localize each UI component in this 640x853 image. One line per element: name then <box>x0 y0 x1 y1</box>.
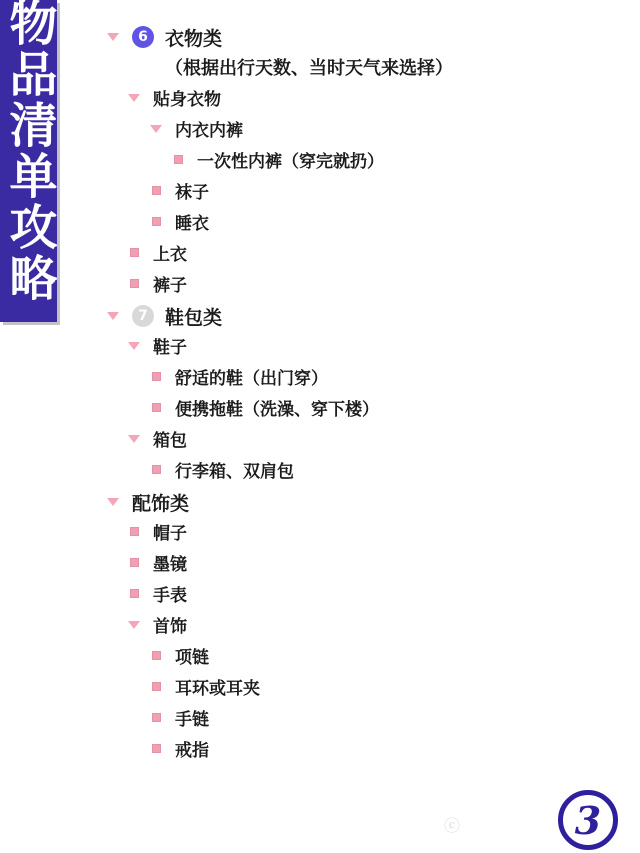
bullet-square-icon <box>150 372 162 381</box>
outline-item-label: 手链 <box>175 705 209 730</box>
square-glyph <box>152 713 161 722</box>
collapse-triangle-icon[interactable] <box>128 621 140 629</box>
outline-item-label: 袜子 <box>175 178 209 203</box>
watermark-icon: ⓒ <box>444 813 460 836</box>
bullet-square-icon <box>128 279 140 288</box>
outline-item-label: 衣物类 <box>165 24 222 51</box>
square-glyph <box>152 372 161 381</box>
bullet-square-icon <box>150 682 162 691</box>
outline-list: 6 衣物类 （根据出行天数、当时天气来选择） 贴身衣物 内衣内裤 一次性内裤（穿… <box>107 25 453 769</box>
square-glyph <box>152 217 161 226</box>
collapse-triangle-icon[interactable] <box>150 125 162 133</box>
bullet-square-icon <box>172 155 184 164</box>
page-number-badge: 3 <box>558 790 618 850</box>
square-glyph <box>152 651 161 660</box>
outline-row: 手表 <box>128 583 453 604</box>
square-glyph <box>174 155 183 164</box>
bullet-square-icon <box>128 558 140 567</box>
outline-row: 贴身衣物 <box>128 87 453 108</box>
triangle-glyph <box>128 621 140 629</box>
outline-item-label: 睡衣 <box>175 209 209 234</box>
bullet-square-icon <box>150 744 162 753</box>
outline-item-label: 便携拖鞋（洗澡、穿下楼） <box>175 395 379 420</box>
outline-item-label: 帽子 <box>153 519 187 544</box>
bullet-square-icon <box>128 589 140 598</box>
outline-item-label: 手表 <box>153 581 187 606</box>
triangle-glyph <box>128 94 140 102</box>
square-glyph <box>130 527 139 536</box>
outline-row: 鞋子 <box>128 335 453 356</box>
outline-item-label: 内衣内裤 <box>175 116 243 141</box>
collapse-triangle-icon[interactable] <box>107 33 119 41</box>
collapse-triangle-icon[interactable] <box>128 342 140 350</box>
bullet-square-icon <box>128 248 140 257</box>
outline-note-label: （根据出行天数、当时天气来选择） <box>165 54 453 80</box>
bullet-square-icon <box>150 217 162 226</box>
outline-row: 帽子 <box>128 521 453 542</box>
outline-item-label: 鞋子 <box>153 333 187 358</box>
triangle-glyph <box>107 498 119 506</box>
outline-item-label: 墨镜 <box>153 550 187 575</box>
outline-row: 耳环或耳夹 <box>150 676 453 697</box>
square-glyph <box>130 589 139 598</box>
outline-row: 行李箱、双肩包 <box>150 459 453 480</box>
square-glyph <box>152 465 161 474</box>
outline-row: 裤子 <box>128 273 453 294</box>
banner-title: 物品清单攻略 <box>0 0 57 322</box>
outline-row: 项链 <box>150 645 453 666</box>
outline-row: 一次性内裤（穿完就扔） <box>172 149 453 170</box>
outline-row: 便携拖鞋（洗澡、穿下楼） <box>150 397 453 418</box>
outline-row: 7 鞋包类 <box>107 304 453 328</box>
collapse-triangle-icon[interactable] <box>107 498 119 506</box>
outline-item-label: 舒适的鞋（出门穿） <box>175 364 328 389</box>
collapse-triangle-icon[interactable] <box>128 94 140 102</box>
outline-item-label: 行李箱、双肩包 <box>175 457 294 482</box>
triangle-glyph <box>128 342 140 350</box>
outline-note-row: （根据出行天数、当时天气来选择） <box>107 56 453 77</box>
outline-item-label: 裤子 <box>153 271 187 296</box>
outline-row: 配饰类 <box>107 490 453 514</box>
outline-item-label: 耳环或耳夹 <box>175 674 260 699</box>
triangle-glyph <box>128 435 140 443</box>
outline-item-label: 项链 <box>175 643 209 668</box>
outline-row: 墨镜 <box>128 552 453 573</box>
outline-row: 睡衣 <box>150 211 453 232</box>
outline-row: 手链 <box>150 707 453 728</box>
square-glyph <box>152 682 161 691</box>
outline-row: 6 衣物类 <box>107 25 453 49</box>
outline-row: 上衣 <box>128 242 453 263</box>
triangle-glyph <box>107 33 119 41</box>
outline-row: 戒指 <box>150 738 453 759</box>
bullet-square-icon <box>150 403 162 412</box>
outline-item-label: 配饰类 <box>132 489 189 516</box>
collapse-triangle-icon[interactable] <box>128 435 140 443</box>
bullet-square-icon <box>150 713 162 722</box>
outline-row: 内衣内裤 <box>150 118 453 139</box>
triangle-glyph <box>150 125 162 133</box>
outline-item-label: 上衣 <box>153 240 187 265</box>
square-glyph <box>130 558 139 567</box>
outline-item-label: 箱包 <box>153 426 187 451</box>
outline-item-label: 一次性内裤（穿完就扔） <box>197 147 384 172</box>
outline-row: 舒适的鞋（出门穿） <box>150 366 453 387</box>
outline-item-label: 鞋包类 <box>165 303 222 330</box>
square-glyph <box>152 744 161 753</box>
bullet-square-icon <box>128 527 140 536</box>
bullet-square-icon <box>150 465 162 474</box>
collapse-triangle-icon[interactable] <box>107 312 119 320</box>
square-glyph <box>130 279 139 288</box>
outline-item-label: 戒指 <box>175 736 209 761</box>
bullet-square-icon <box>150 651 162 660</box>
outline-item-label: 首饰 <box>153 612 187 637</box>
bullet-square-icon <box>150 186 162 195</box>
outline-item-label: 贴身衣物 <box>153 85 221 110</box>
vertical-title-banner: 物品清单攻略 <box>0 0 57 322</box>
square-glyph <box>152 403 161 412</box>
triangle-glyph <box>107 312 119 320</box>
outline-row: 首饰 <box>128 614 453 635</box>
numbered-badge-7: 7 <box>132 305 154 327</box>
numbered-badge-6: 6 <box>132 26 154 48</box>
square-glyph <box>130 248 139 257</box>
outline-row: 袜子 <box>150 180 453 201</box>
square-glyph <box>152 186 161 195</box>
outline-row: 箱包 <box>128 428 453 449</box>
